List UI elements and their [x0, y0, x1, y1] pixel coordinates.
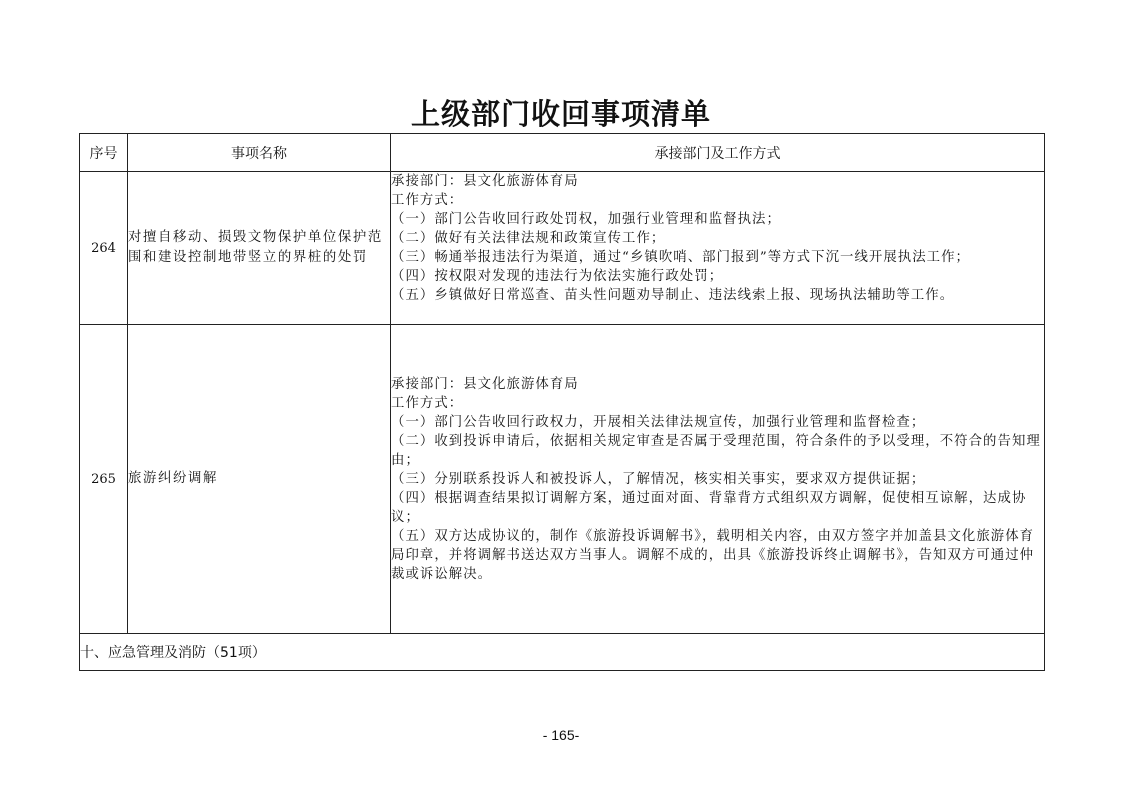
method-item: （五）乡镇做好日常巡查、苗头性问题劝导制止、违法线索上报、现场执法辅助等工作。 [391, 286, 1044, 305]
section-row: 十、应急管理及消防（51项） [80, 634, 1045, 671]
dept-line: 承接部门：县文化旅游体育局 [391, 172, 1044, 191]
row-index: 265 [80, 325, 128, 634]
document-title: 上级部门收回事项清单 [0, 92, 1122, 133]
method-label: 工作方式： [391, 394, 1044, 413]
dept-line: 承接部门：县文化旅游体育局 [391, 375, 1044, 394]
header-index: 序号 [80, 134, 128, 172]
method-item: （三）畅通举报违法行为渠道，通过“乡镇吹哨、部门报到”等方式下沉一线开展执法工作… [391, 248, 1044, 267]
header-dept-and-method: 承接部门及工作方式 [391, 134, 1045, 172]
method-item: （一）部门公告收回行政处罚权，加强行业管理和监督执法； [391, 210, 1044, 229]
row-index: 264 [80, 172, 128, 325]
row-item-name: 对擅自移动、损毁文物保护单位保护范围和建设控制地带竖立的界桩的处罚 [128, 172, 391, 325]
section-heading: 十、应急管理及消防（51项） [80, 634, 1045, 671]
method-item: （四）按权限对发现的违法行为依法实施行政处罚； [391, 267, 1044, 286]
method-item: （三）分别联系投诉人和被投诉人，了解情况，核实相关事实，要求双方提供证据； [391, 470, 1044, 489]
row-dept-and-method: 承接部门：县文化旅游体育局 工作方式： （一）部门公告收回行政处罚权，加强行业管… [391, 172, 1045, 325]
row-dept-and-method: 承接部门：县文化旅游体育局 工作方式： （一）部门公告收回行政权力，开展相关法律… [391, 325, 1045, 634]
method-item: （一）部门公告收回行政权力，开展相关法律法规宣传，加强行业管理和监督检查； [391, 413, 1044, 432]
recalled-items-table: 序号 事项名称 承接部门及工作方式 264 对擅自移动、损毁文物保护单位保护范围… [79, 133, 1045, 671]
method-item: （五）双方达成协议的，制作《旅游投诉调解书》，载明相关内容，由双方签字并加盖县文… [391, 527, 1044, 584]
page-number: - 165- [0, 727, 1122, 743]
method-label: 工作方式： [391, 191, 1044, 210]
row-item-name: 旅游纠纷调解 [128, 325, 391, 634]
method-item: （二）收到投诉申请后，依据相关规定审查是否属于受理范围，符合条件的予以受理，不符… [391, 432, 1044, 470]
header-item-name: 事项名称 [128, 134, 391, 172]
method-item: （四）根据调查结果拟订调解方案，通过面对面、背靠背方式组织双方调解，促使相互谅解… [391, 489, 1044, 527]
table-row: 265 旅游纠纷调解 承接部门：县文化旅游体育局 工作方式： （一）部门公告收回… [80, 325, 1045, 634]
method-item: （二）做好有关法律法规和政策宣传工作； [391, 229, 1044, 248]
table-header-row: 序号 事项名称 承接部门及工作方式 [80, 134, 1045, 172]
table-row: 264 对擅自移动、损毁文物保护单位保护范围和建设控制地带竖立的界桩的处罚 承接… [80, 172, 1045, 325]
